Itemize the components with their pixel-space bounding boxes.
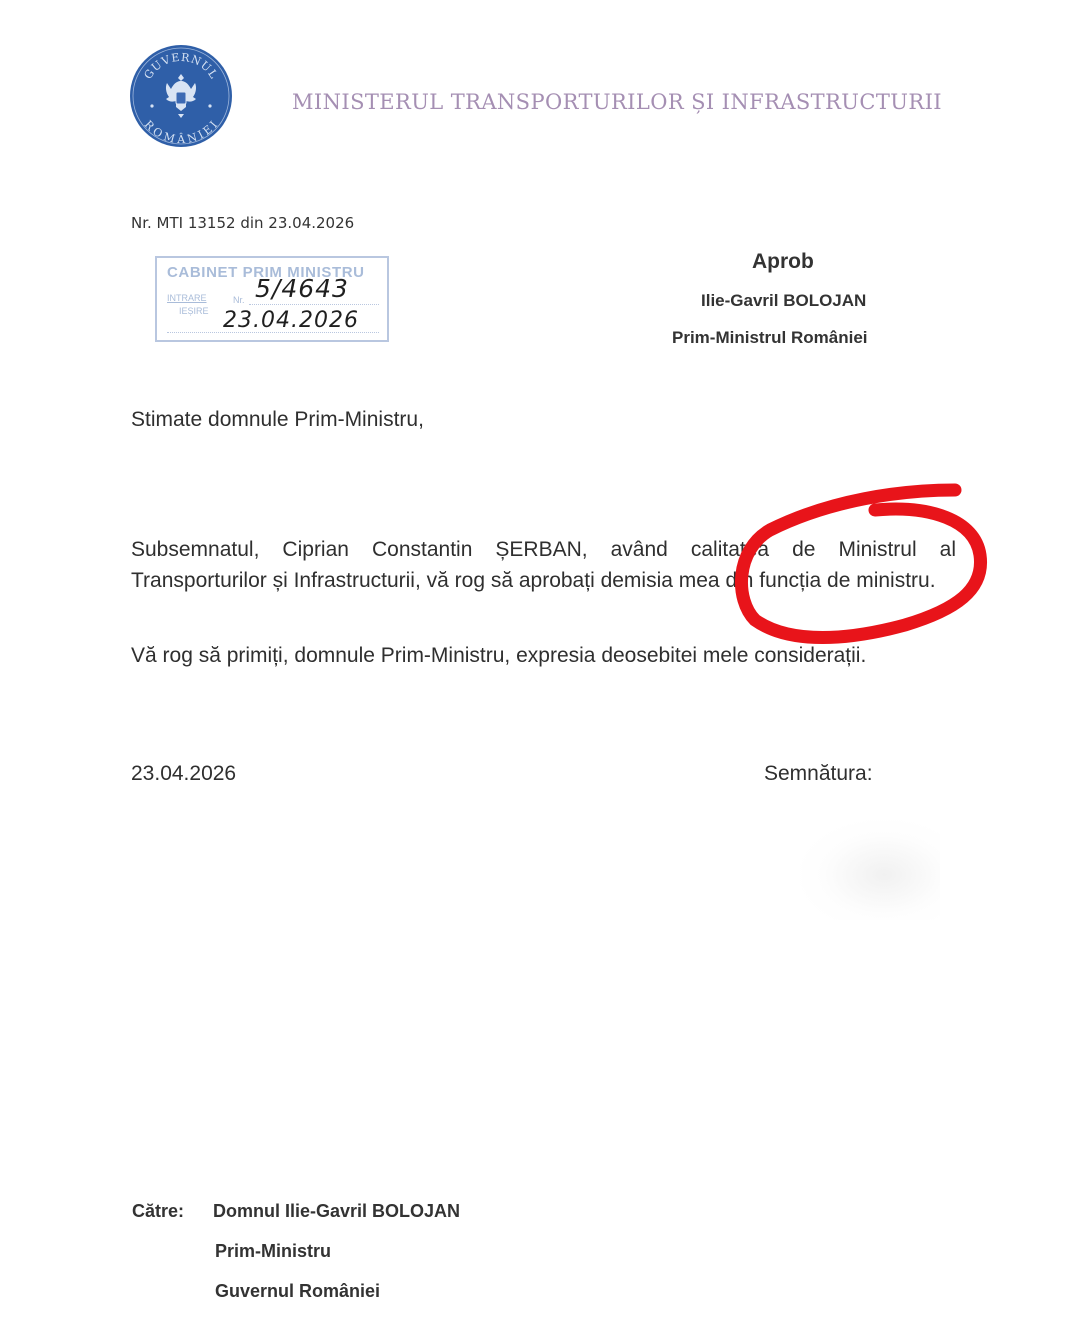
stamp-iesire-label: IEȘIRE: [179, 306, 209, 316]
recipient-label: Către:: [132, 1201, 184, 1222]
signature-label: Semnătura:: [764, 762, 873, 786]
stamp-handwritten-number: 5/4643: [255, 274, 349, 303]
government-seal-logo: GUVERNUL ROMÂNIEI: [129, 44, 233, 148]
approver-name: Ilie-Gavril BOLOJAN: [701, 291, 866, 311]
salutation: Stimate domnule Prim-Ministru,: [131, 408, 424, 432]
recipient-name: Domnul Ilie-Gavril BOLOJAN: [213, 1201, 460, 1222]
registration-stamp: CABINET PRIM MINISTRU INTRARE Nr. IEȘIRE…: [155, 256, 389, 342]
romanian-government-seal-icon: GUVERNUL ROMÂNIEI: [129, 44, 233, 148]
closing-paragraph: Vă rog să primiți, domnule Prim-Ministru…: [131, 640, 956, 671]
letter-date: 23.04.2026: [131, 762, 236, 786]
resignation-paragraph: Subsemnatul, Ciprian Constantin ȘERBAN, …: [131, 534, 956, 596]
stamp-dotted-line: [249, 304, 379, 305]
stamp-nr-label: Nr.: [233, 295, 245, 305]
approver-role: Prim-Ministrul României: [672, 328, 868, 348]
recipient-institution: Guvernul României: [215, 1281, 380, 1302]
reference-number: Nr. MTI 13152 din 23.04.2026: [131, 214, 354, 232]
approval-label: Aprob: [752, 250, 814, 274]
stamp-handwritten-date: 23.04.2026: [223, 308, 359, 333]
recipient-role: Prim-Ministru: [215, 1241, 331, 1262]
document-page: GUVERNUL ROMÂNIEI MINISTERUL TRANSPORTUR…: [0, 0, 1080, 1338]
ministry-title: MINISTERUL TRANSPORTURILOR ȘI INFRASTRUC…: [292, 90, 942, 114]
redacted-signature: [800, 820, 940, 920]
stamp-intrare-label: INTRARE: [167, 293, 207, 303]
